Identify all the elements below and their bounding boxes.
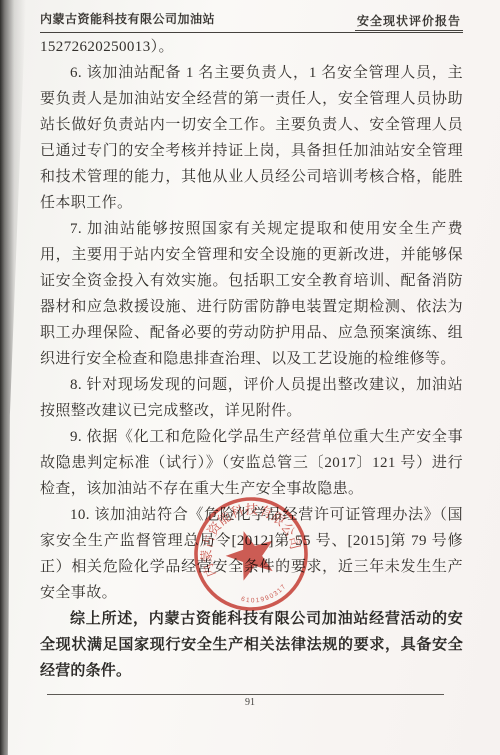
page-header: 内蒙古资能科技有限公司加油站 安全现状评价报告 bbox=[40, 10, 463, 33]
document-page: 内蒙古资能科技有限公司加油站 安全现状评价报告 15272620250013）。… bbox=[0, 0, 500, 755]
paragraph-6: 6. 该加油站配备 1 名主要负责人，1 名安全管理人员，主要负责人是加油站安全… bbox=[40, 60, 463, 216]
paragraph-cert-number: 15272620250013）。 bbox=[40, 34, 463, 60]
footer-rule bbox=[47, 694, 444, 695]
paragraph-conclusion: 综上所述，内蒙古资能科技有限公司加油站经营活动的安全现状满足国家现行安全生产相关… bbox=[40, 606, 463, 684]
header-company-title: 内蒙古资能科技有限公司加油站 bbox=[40, 10, 215, 27]
paragraph-10: 10. 该加油站符合《危险化学品经营许可证管理办法》（国家安全生产监督管理总局令… bbox=[40, 502, 463, 606]
paragraph-7: 7. 加油站能够按照国家有关规定提取和使用安全生产费用，主要用于站内安全管理和安… bbox=[40, 216, 463, 372]
page-number: 91 bbox=[0, 697, 500, 708]
paragraph-9: 9. 依据《化工和危险化学品生产经营单位重大生产安全事故隐患判定标准（试行）》（… bbox=[40, 424, 463, 502]
document-body: 15272620250013）。 6. 该加油站配备 1 名主要负责人，1 名安… bbox=[40, 34, 463, 684]
header-report-title: 安全现状评价报告 bbox=[355, 12, 463, 31]
scan-edge-shadow bbox=[0, 0, 26, 755]
paragraph-8: 8. 针对现场发现的问题，评价人员提出整改建议，加油站按照整改建议已完成整改，详… bbox=[40, 372, 463, 424]
